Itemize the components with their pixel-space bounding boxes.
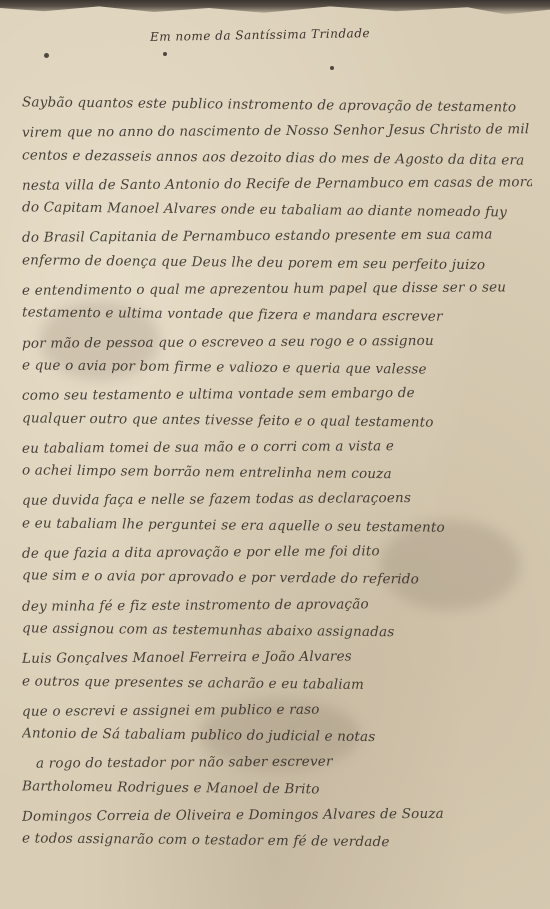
manuscript-line: que sim e o avia por aprovado e por verd… <box>22 563 532 595</box>
manuscript-line: a rogo do testador por não saber escreve… <box>22 748 532 778</box>
manuscript-line: como seu testamento e ultima vontade sem… <box>22 379 532 409</box>
document-heading: Em nome da Santíssima Trindade <box>150 26 370 44</box>
manuscript-line: do Brasil Capitania de Pernambuco estand… <box>22 222 532 252</box>
manuscript-line: que duvida faça e nelle se fazem todas a… <box>22 485 532 515</box>
manuscript-line: virem que no anno do nascimento de Nosso… <box>22 117 532 147</box>
manuscript-line: testamento e ultima vontade que fizera e… <box>22 300 532 332</box>
ink-blot <box>163 52 167 56</box>
ink-blot <box>44 53 49 58</box>
manuscript-page: Em nome da Santíssima Trindade Saybão qu… <box>0 0 550 909</box>
manuscript-body: Saybão quantos este publico instromento … <box>22 92 532 855</box>
ink-blot <box>330 66 334 70</box>
manuscript-line: e todos assignarão com o testador em fé … <box>22 826 532 858</box>
torn-top-edge <box>0 0 550 16</box>
manuscript-line: Luis Gonçalves Manoel Ferreira e João Al… <box>22 642 532 672</box>
